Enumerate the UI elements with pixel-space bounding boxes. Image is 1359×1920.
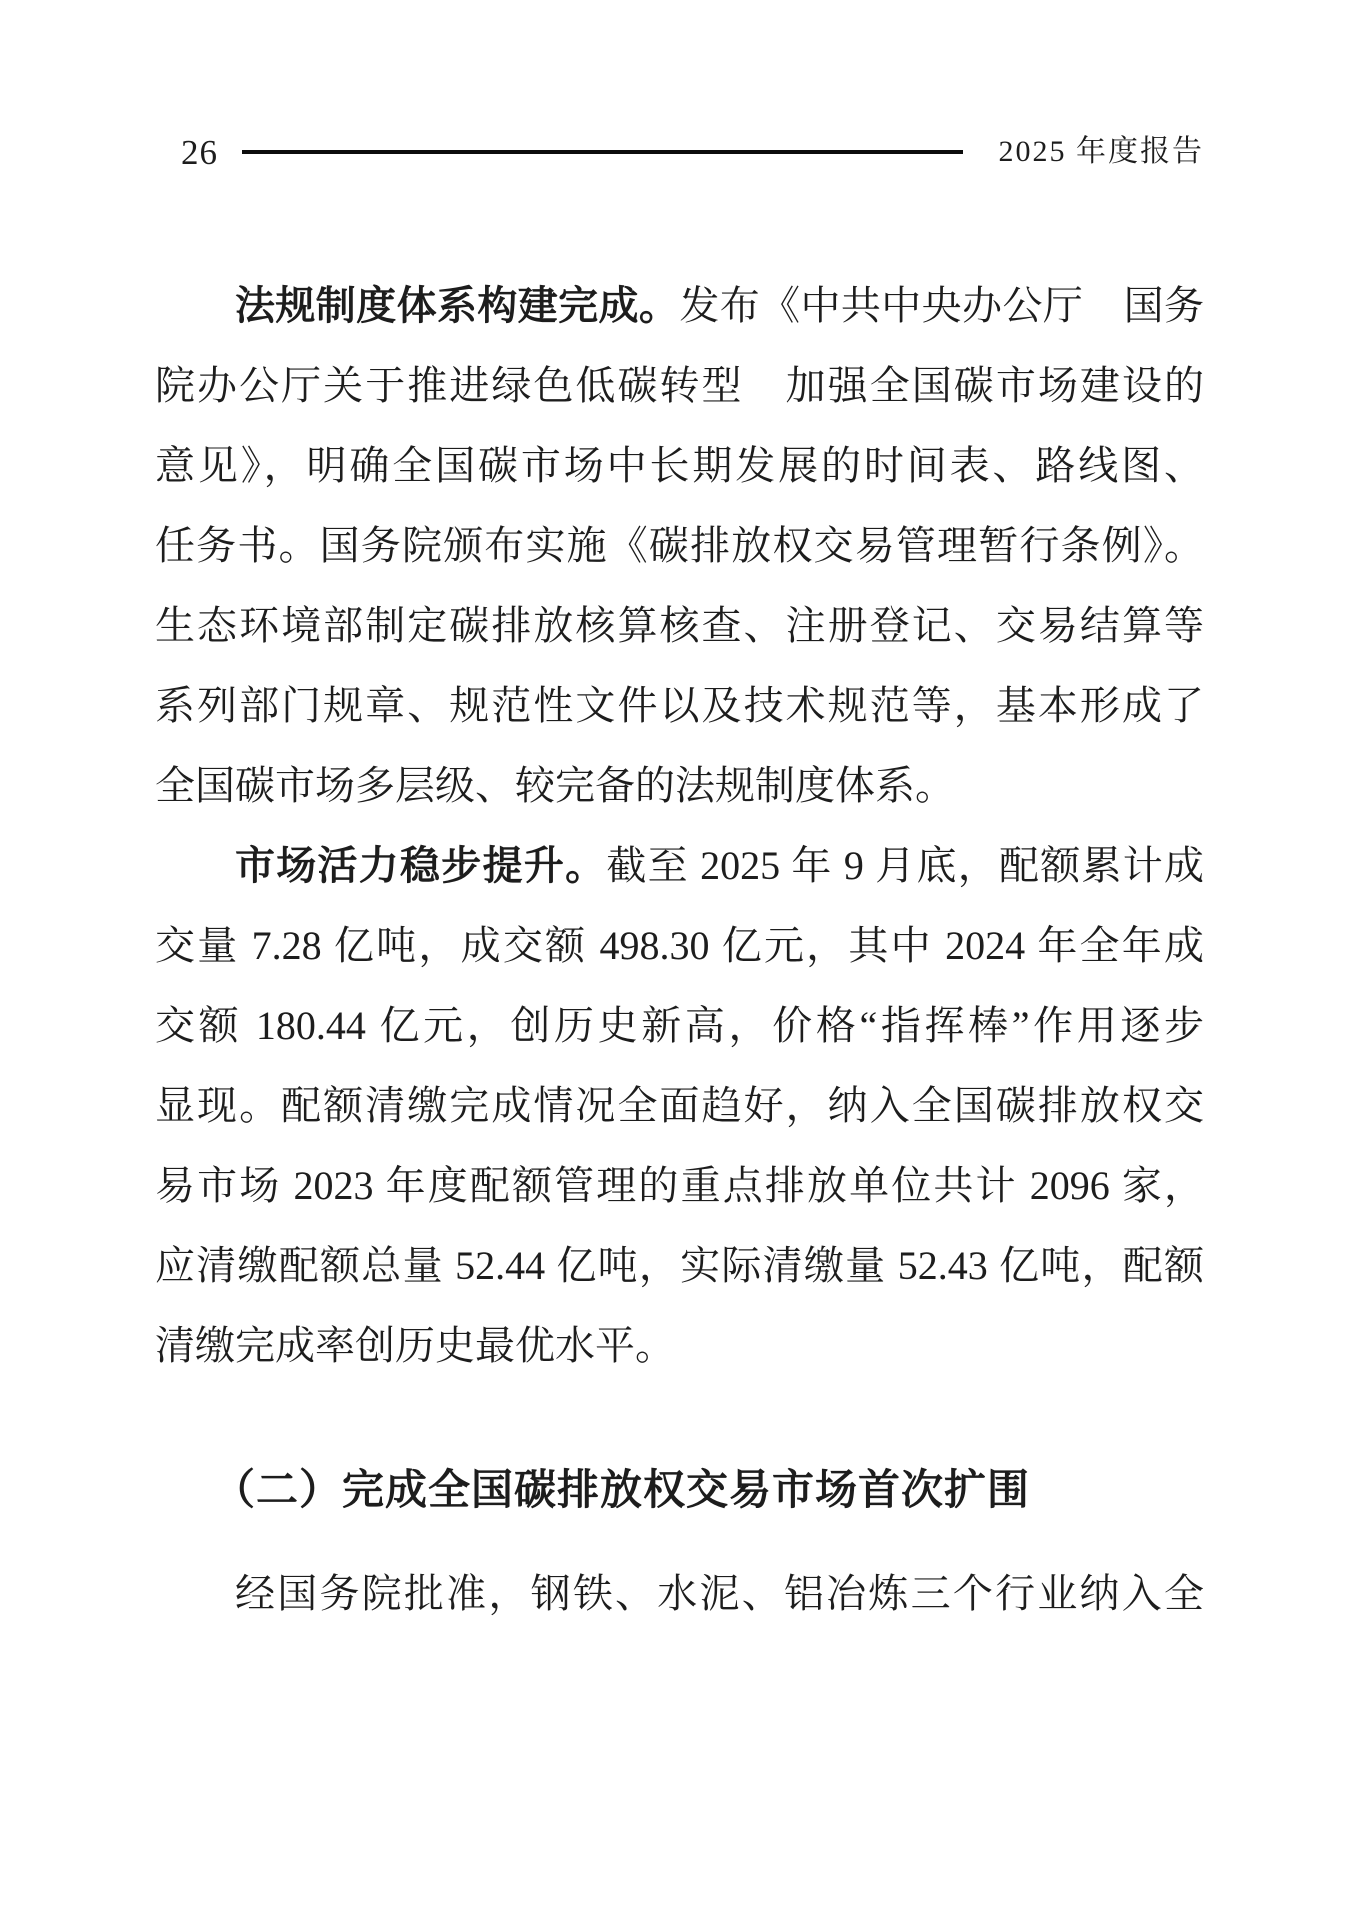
bold-run: 法规制度体系构建完成。 <box>235 284 679 328</box>
text-line: 系列部门规章、规范性文件以及技术规范等，基本形成了 <box>155 666 1204 746</box>
text-run: 发布《中共中央办公厅 国务 <box>679 283 1204 328</box>
text-run: 交量 7.28 亿吨，成交额 498.30 亿元，其中 2024 年全年成 <box>155 923 1204 968</box>
header-rule <box>242 150 963 154</box>
text-line: 市场活力稳步提升。截至 2025 年 9 月底，配额累计成 <box>155 826 1204 906</box>
text-run: 任务书。国务院颁布实施《碳排放权交易管理暂行条例》。 <box>155 523 1204 568</box>
text-run: 生态环境部制定碳排放核算核查、注册登记、交易结算等 <box>155 603 1204 648</box>
text-line: 交量 7.28 亿吨，成交额 498.30 亿元，其中 2024 年全年成 <box>155 906 1204 986</box>
text-run: 交额 180.44 亿元，创历史新高，价格“指挥棒”作用逐步 <box>155 1003 1204 1048</box>
text-run: 系列部门规章、规范性文件以及技术规范等，基本形成了 <box>155 683 1204 728</box>
text-run: 易市场 2023 年度配额管理的重点排放单位共计 2096 家， <box>155 1163 1204 1208</box>
text-line: 交额 180.44 亿元，创历史新高，价格“指挥棒”作用逐步 <box>155 986 1204 1066</box>
text-run: 截至 2025 年 9 月底，配额累计成 <box>606 843 1204 888</box>
text-line: 院办公厅关于推进绿色低碳转型 加强全国碳市场建设的 <box>155 346 1204 426</box>
text-run: 显现。配额清缴完成情况全面趋好，纳入全国碳排放权交 <box>155 1083 1204 1128</box>
header-title: 2025 年度报告 <box>999 137 1205 167</box>
text-run: 应清缴配额总量 52.44 亿吨，实际清缴量 52.43 亿吨，配额 <box>155 1243 1204 1288</box>
bold-run: （二）完成全国碳排放权交易市场首次扩围 <box>213 1466 1030 1513</box>
text-line: 易市场 2023 年度配额管理的重点排放单位共计 2096 家， <box>155 1146 1204 1226</box>
text-line: 清缴完成率创历史最优水平。 <box>155 1306 1204 1386</box>
document-page: 26 2025 年度报告 法规制度体系构建完成。发布《中共中央办公厅 国务院办公… <box>0 0 1359 1920</box>
section-heading: （二）完成全国碳排放权交易市场首次扩围 <box>155 1450 1204 1530</box>
text-line: 经国务院批准，钢铁、水泥、铝冶炼三个行业纳入全 <box>155 1554 1204 1634</box>
page-header: 26 2025 年度报告 <box>155 120 1204 184</box>
text-line: 显现。配额清缴完成情况全面趋好，纳入全国碳排放权交 <box>155 1066 1204 1146</box>
text-line: 法规制度体系构建完成。发布《中共中央办公厅 国务 <box>155 266 1204 346</box>
bold-run: 市场活力稳步提升。 <box>235 844 606 888</box>
text-run: 经国务院批准，钢铁、水泥、铝冶炼三个行业纳入全 <box>235 1571 1204 1616</box>
text-line: 意见》，明确全国碳市场中长期发展的时间表、路线图、 <box>155 426 1204 506</box>
document-body: 法规制度体系构建完成。发布《中共中央办公厅 国务院办公厅关于推进绿色低碳转型 加… <box>155 266 1204 1634</box>
text-line: 生态环境部制定碳排放核算核查、注册登记、交易结算等 <box>155 586 1204 666</box>
text-run: 意见》，明确全国碳市场中长期发展的时间表、路线图、 <box>155 443 1204 488</box>
text-line: 全国碳市场多层级、较完备的法规制度体系。 <box>155 746 1204 826</box>
text-run: 全国碳市场多层级、较完备的法规制度体系。 <box>155 763 955 808</box>
text-line: 应清缴配额总量 52.44 亿吨，实际清缴量 52.43 亿吨，配额 <box>155 1226 1204 1306</box>
page-number: 26 <box>155 135 218 170</box>
text-run: 清缴完成率创历史最优水平。 <box>155 1323 675 1368</box>
text-run: 院办公厅关于推进绿色低碳转型 加强全国碳市场建设的 <box>155 363 1204 408</box>
text-line: 任务书。国务院颁布实施《碳排放权交易管理暂行条例》。 <box>155 506 1204 586</box>
